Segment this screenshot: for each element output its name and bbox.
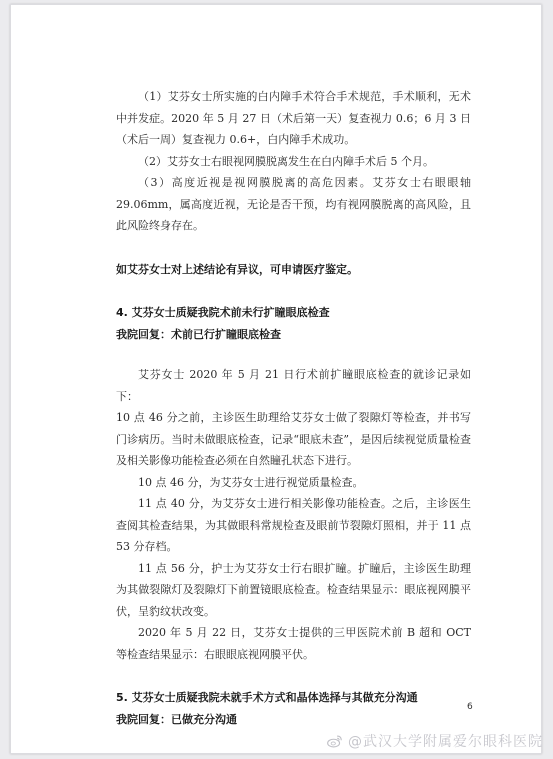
watermark-text: @武汉大学附属爱尔眼科医院: [348, 731, 543, 751]
page-number: 6: [467, 702, 473, 712]
conclusion-statement: 如艾芬女士对上述结论有异议，可申请医疗鉴定。: [116, 259, 471, 281]
paragraph-point-3: （3）高度近视是视网膜脱离的高危因素。艾芬女士右眼眼轴 29.06mm，属高度近…: [116, 172, 471, 237]
document-page: （1）艾芬女士所实施的白内障手术符合手术规范，手术顺利，无术中并发症。2020 …: [10, 4, 542, 754]
section-4-paragraph: 艾芬女士 2020 年 5 月 21 日行术前扩瞳眼底检查的就诊记录如下：: [116, 364, 471, 407]
section-4-paragraph: 11 点 56 分，护士为艾芬女士行右眼扩瞳。扩瞳后，主诊医生助理为其做裂隙灯及…: [116, 558, 471, 623]
paragraph-point-1: （1）艾芬女士所实施的白内障手术符合手术规范，手术顺利，无术中并发症。2020 …: [116, 86, 471, 151]
spacer: [116, 665, 471, 687]
spacer: [116, 345, 471, 364]
spacer: [116, 280, 471, 302]
paragraph-point-2: （2）艾芬女士右眼视网膜脱离发生在白内障手术后 5 个月。: [116, 151, 471, 173]
weibo-watermark: @武汉大学附属爱尔眼科医院: [326, 731, 543, 751]
section-4-paragraph: 10 点 46 分之前，主诊医生助理给艾芬女士做了裂隙灯等检查，并书写门诊病历。…: [116, 407, 471, 472]
section-4-paragraph: 2020 年 5 月 22 日，艾芬女士提供的三甲医院术前 B 超和 OCT 等…: [116, 622, 471, 665]
section-4-paragraph: 11 点 40 分，为艾芬女士进行相关影像功能检查。之后，主诊医生查阅其检查结果…: [116, 493, 471, 558]
page-content: （1）艾芬女士所实施的白内障手术符合手术规范，手术顺利，无术中并发症。2020 …: [116, 86, 471, 730]
section-4-heading: 4. 艾芬女士质疑我院术前未行扩瞳眼底检查: [116, 302, 471, 324]
section-5-reply: 我院回复：已做充分沟通: [116, 709, 471, 731]
section-4-paragraph: 10 点 46 分，为艾芬女士进行视觉质量检查。: [116, 472, 471, 494]
weibo-icon: [326, 734, 344, 748]
section-5-heading: 5. 艾芬女士质疑我院未就手术方式和晶体选择与其做充分沟通: [116, 687, 471, 709]
section-4-reply: 我院回复：术前已行扩瞳眼底检查: [116, 324, 471, 346]
spacer: [116, 237, 471, 259]
